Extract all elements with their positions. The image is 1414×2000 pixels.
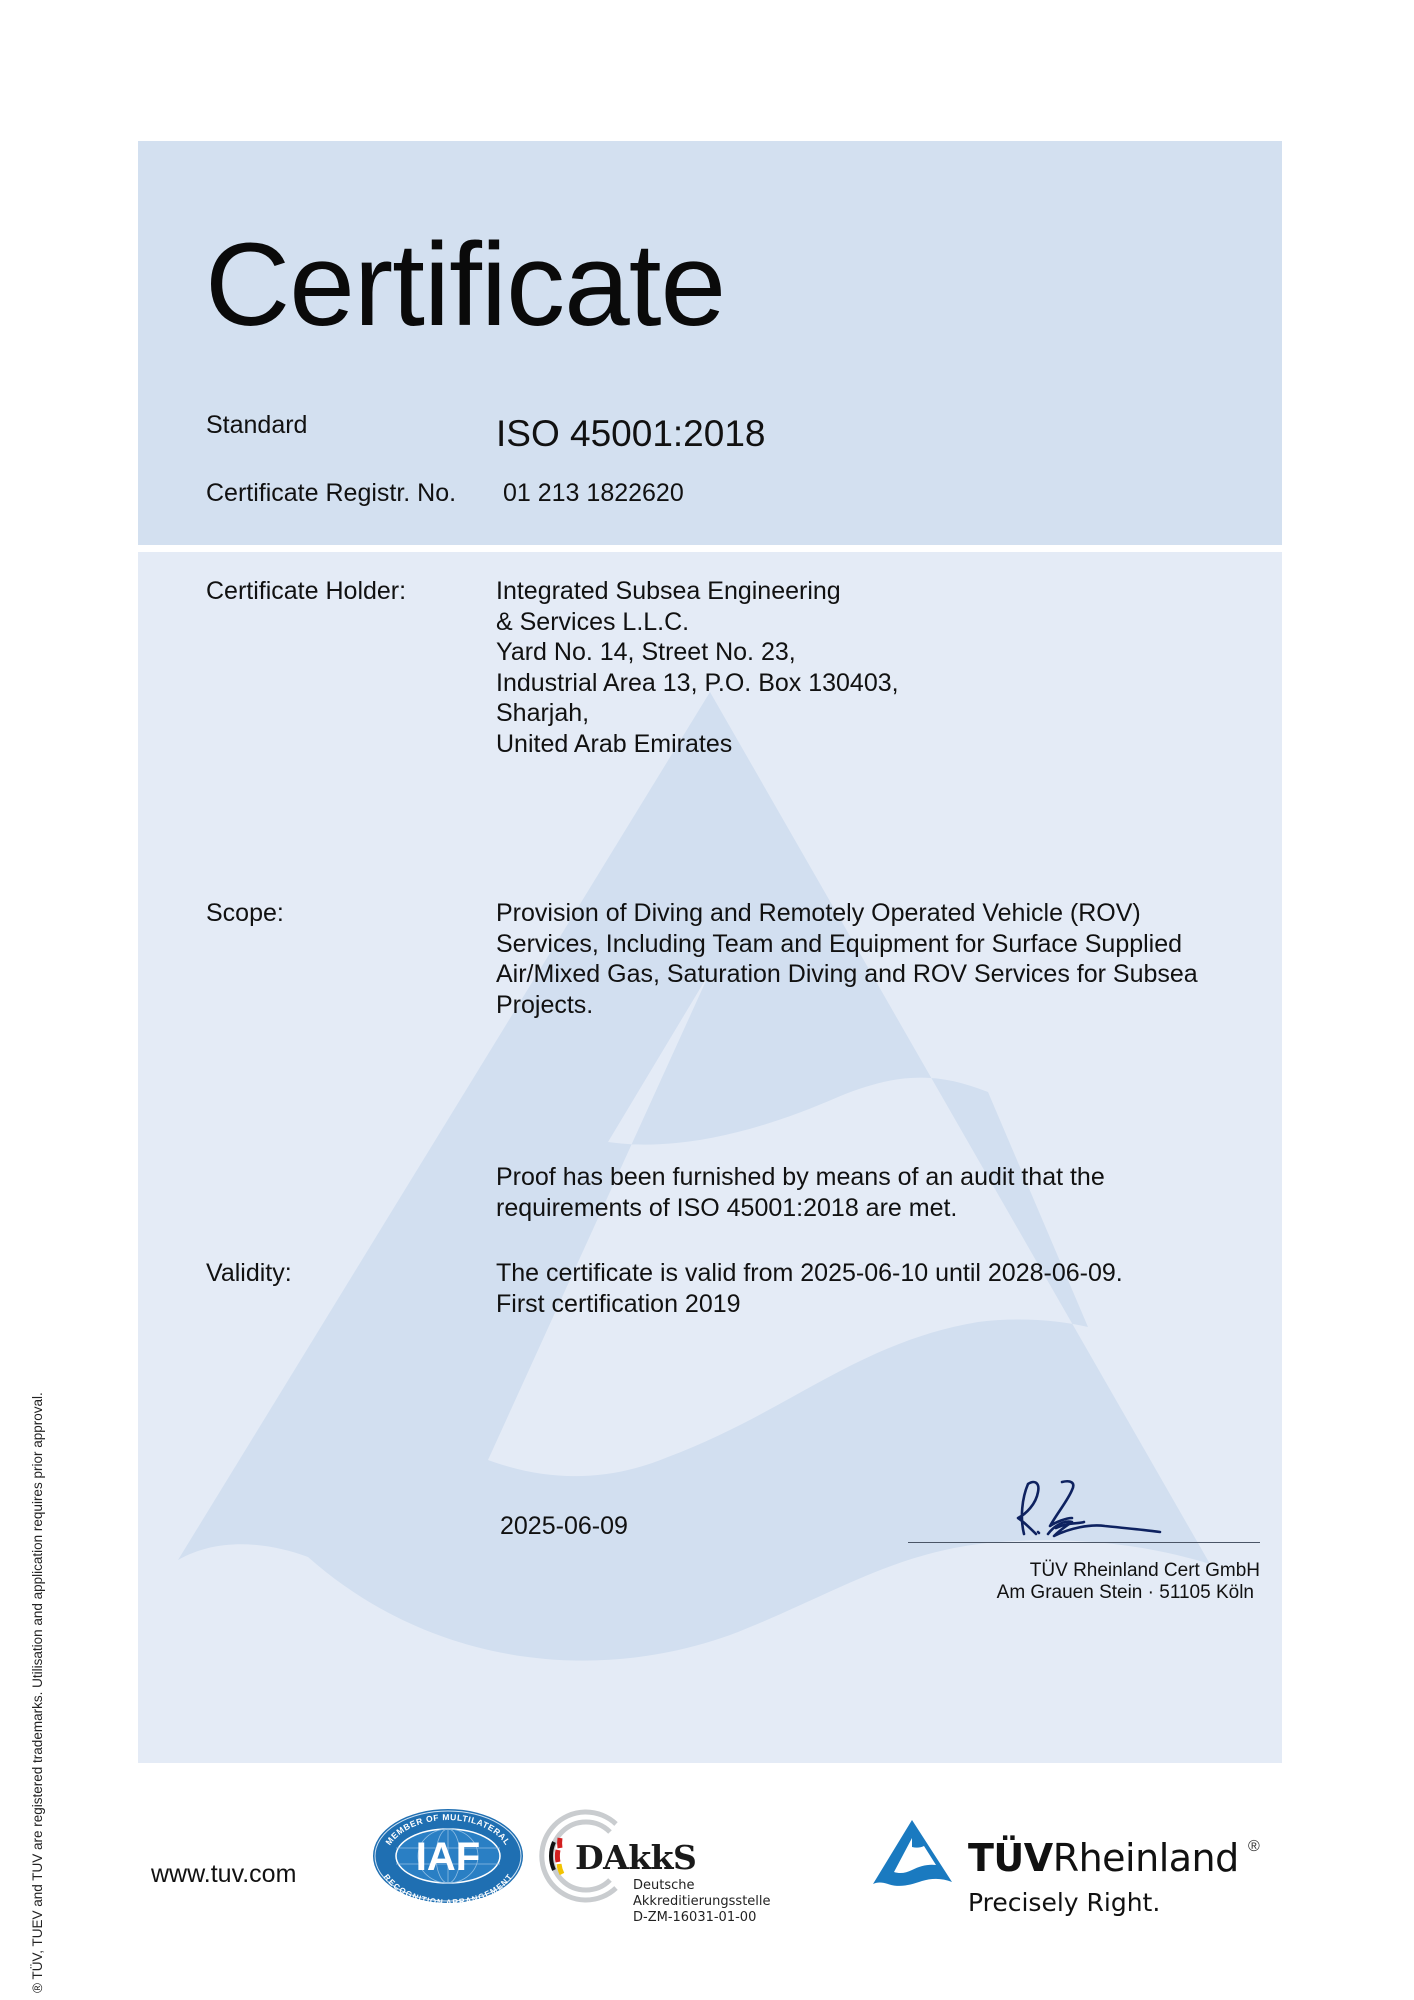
issue-date: 2025-06-09 [500,1512,628,1541]
proof-line: requirements of ISO 45001:2018 are met. [496,1193,1256,1224]
holder-line: Integrated Subsea Engineering [496,576,899,607]
validity-line: The certificate is valid from 2025-06-10… [496,1258,1256,1289]
scope-label: Scope: [206,898,284,928]
registration-number-label: Certificate Registr. No. [206,478,456,508]
iaf-logo-icon: IAF MEMBER OF MULTILATERAL RECOGNITION A… [372,1808,524,1904]
registered-mark: ® [1248,1838,1260,1856]
scope-line: Services, Including Team and Equipment f… [496,929,1256,960]
holder-line: Industrial Area 13, P.O. Box 130403, [496,668,899,699]
dakks-name: DAkkS [575,1838,696,1877]
tuv-bold: TÜV [968,1836,1053,1880]
issuer-name: TÜV Rheinland Cert GmbH [900,1560,1260,1582]
validity-line: First certification 2019 [496,1289,1256,1320]
certificate-title: Certificate [205,226,725,344]
holder-line: Yard No. 14, Street No. 23, [496,637,899,668]
svg-text:IAF: IAF [416,1835,480,1879]
website-link[interactable]: www.tuv.com [151,1860,296,1889]
tuv-rheinland-wordmark: TÜVRheinland [968,1836,1239,1880]
audit-proof-statement: Proof has been furnished by means of an … [496,1162,1256,1223]
validity-label: Validity: [206,1258,292,1288]
holder-line: Sharjah, [496,698,899,729]
tuv-triangle-logo-icon [872,1818,954,1888]
validity-text: The certificate is valid from 2025-06-10… [496,1258,1256,1319]
holder-line: United Arab Emirates [496,729,899,760]
signature-icon [1010,1478,1180,1540]
holder-line: & Services L.L.C. [496,607,899,638]
scope-line: Air/Mixed Gas, Saturation Diving and ROV… [496,959,1256,990]
certificate-holder-label: Certificate Holder: [206,576,406,606]
scope-text: Provision of Diving and Remotely Operate… [496,898,1256,1020]
scope-line: Projects. [496,990,1256,1021]
tuv-tagline: Precisely Right. [968,1888,1160,1917]
rheinland-text: Rheinland [1053,1836,1239,1880]
certificate-holder-address: Integrated Subsea Engineering & Services… [496,576,899,759]
issuer-block: TÜV Rheinland Cert GmbH Am Grauen Stein … [900,1560,1260,1604]
dakks-details: Deutsche Akkreditierungsstelle D-ZM-1603… [633,1878,771,1926]
signature-line [908,1542,1260,1543]
dakks-line: Deutsche [633,1878,771,1894]
registration-number-value: 01 213 1822620 [503,478,684,509]
scope-line: Provision of Diving and Remotely Operate… [496,898,1256,929]
issuer-address: Am Grauen Stein · 51105 Köln [900,1582,1260,1604]
dakks-line: Akkreditierungsstelle [633,1894,771,1910]
standard-value: ISO 45001:2018 [496,414,766,454]
proof-line: Proof has been furnished by means of an … [496,1162,1256,1193]
standard-label: Standard [206,410,307,440]
trademark-notice: ® TÜV, TUEV and TUV are registered trade… [30,1392,45,1993]
dakks-line: D-ZM-16031-01-00 [633,1910,771,1926]
